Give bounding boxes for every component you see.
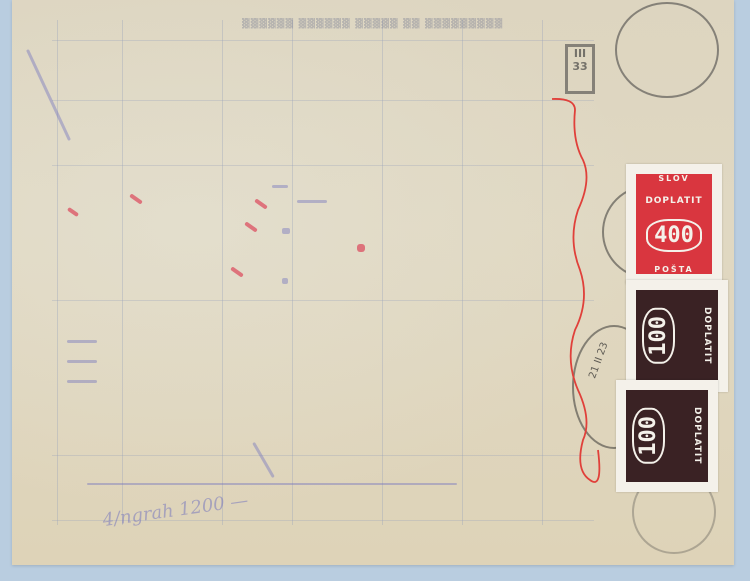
- stamp-label: DOPLATIT: [692, 407, 702, 464]
- stamp-value: 100: [642, 308, 675, 364]
- stamp-bottom-text: POŠTA: [654, 265, 693, 274]
- postage-due-stamp-400: SLOV DOPLATIT 400 POŠTA: [626, 164, 722, 284]
- stamp-label: DOPLATIT: [702, 307, 712, 364]
- stamp-label: DOPLATIT: [645, 196, 702, 206]
- stamp-top-text: SLOV: [658, 174, 689, 183]
- postage-due-stamp-100: 100 DOPLATIT: [626, 280, 728, 392]
- stamp-value: 100: [632, 408, 665, 464]
- stamp-value: 400: [646, 219, 702, 252]
- postage-due-stamp-100: 100 DOPLATIT: [616, 380, 718, 492]
